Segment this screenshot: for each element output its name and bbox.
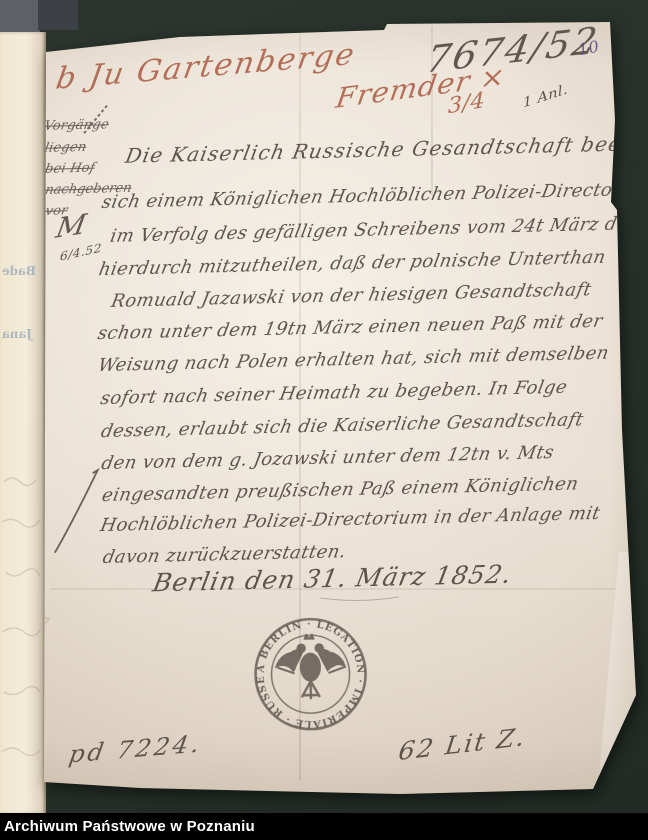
margin-note: bei Hof: [44, 161, 97, 177]
margin-note: liegen: [43, 140, 88, 156]
letter-line: schon unter dem 19tn März einen neuen Pa…: [96, 311, 604, 344]
fold-crease: [50, 588, 615, 590]
letter-line: Weisung nach Polen erhalten hat, sich mi…: [96, 343, 610, 377]
footer-lit-number: 62 Lit Z.: [397, 722, 528, 766]
red-registry-header: b Ju Gartenberge: [53, 37, 358, 97]
letter-line: Hochlöblichen Polizei-Directorium in der…: [99, 503, 602, 536]
letter-line: im Verfolg des gefälligen Schreibens vom…: [109, 213, 625, 247]
red-fraction-mark: 3/4: [448, 88, 485, 119]
fold-crease: [431, 26, 433, 196]
margin-paraph: M: [54, 207, 90, 244]
margin-stroke-marks: [0, 0, 648, 840]
letter-line: sofort nach seiner Heimath zu begeben. I…: [99, 377, 569, 409]
margin-note: Vorgänge: [43, 117, 110, 134]
file-number: 7674/52: [423, 19, 602, 82]
paper-sheet: b Ju Gartenberge Fremder × 3/4 7674/52 1…: [0, 0, 648, 840]
letter-line: davon zurückzuerstatten.: [101, 541, 348, 568]
footer-registry-number: pd 7224.: [67, 730, 205, 769]
margin-note: vor: [44, 203, 69, 219]
legation-stamp: A BERLIN · LEGATION · IMPERIALE · RUSSE …: [245, 608, 377, 740]
showthrough-number: 4052: [0, 602, 51, 639]
enclosure-note: 1 Anl.: [522, 82, 568, 111]
letter-line: den von dem g. Jozawski unter dem 12tn v…: [100, 442, 556, 474]
archive-watermark-bar: Archiwum Państwowe w Poznaniu: [0, 813, 648, 840]
folio-page-number: 10: [576, 37, 600, 60]
red-registry-note: Fremder ×: [334, 59, 508, 114]
letter-line: eingesandten preußischen Paß einem König…: [100, 473, 580, 506]
letter-line: Romuald Jazawski von der hiesigen Gesand…: [109, 279, 593, 312]
double-eagle-icon: [275, 634, 346, 700]
handwriting-layer: b Ju Gartenberge Fremder × 3/4 7674/52 1…: [0, 0, 648, 840]
margin-date-mark: 6/4.52: [60, 241, 102, 264]
stamp-ring-text: A BERLIN · LEGATION · IMPERIALE · RUSSE …: [245, 608, 367, 730]
letter-line: Die Kaiserlich Russische Gesandtschaft b…: [123, 131, 648, 168]
archive-name: Archiwum Państwowe w Poznaniu: [4, 818, 255, 835]
dateline: Berlin den 31. März 1852.: [150, 560, 514, 598]
letter-line: hierdurch mitzutheilen, daß der polnisch…: [97, 247, 608, 280]
fold-crease: [299, 32, 301, 780]
edge-fold-highlight: [598, 552, 636, 788]
archival-scan-photo: { "caption_bar": { "text": "Archiwum Pań…: [0, 0, 648, 840]
document-page: b Ju Gartenberge Fremder × 3/4 7674/52 1…: [0, 0, 648, 840]
letter-line: dessen, erlaubt sich die Kaiserliche Ges…: [99, 409, 585, 442]
margin-note: nachgeberen: [44, 181, 133, 198]
letter-line: sich einem Königlichen Hochlöblichen Pol…: [100, 178, 648, 213]
svg-text:A BERLIN · LEGATION · IMPERIAL: A BERLIN · LEGATION · IMPERIALE · RUSSE …: [245, 608, 367, 730]
